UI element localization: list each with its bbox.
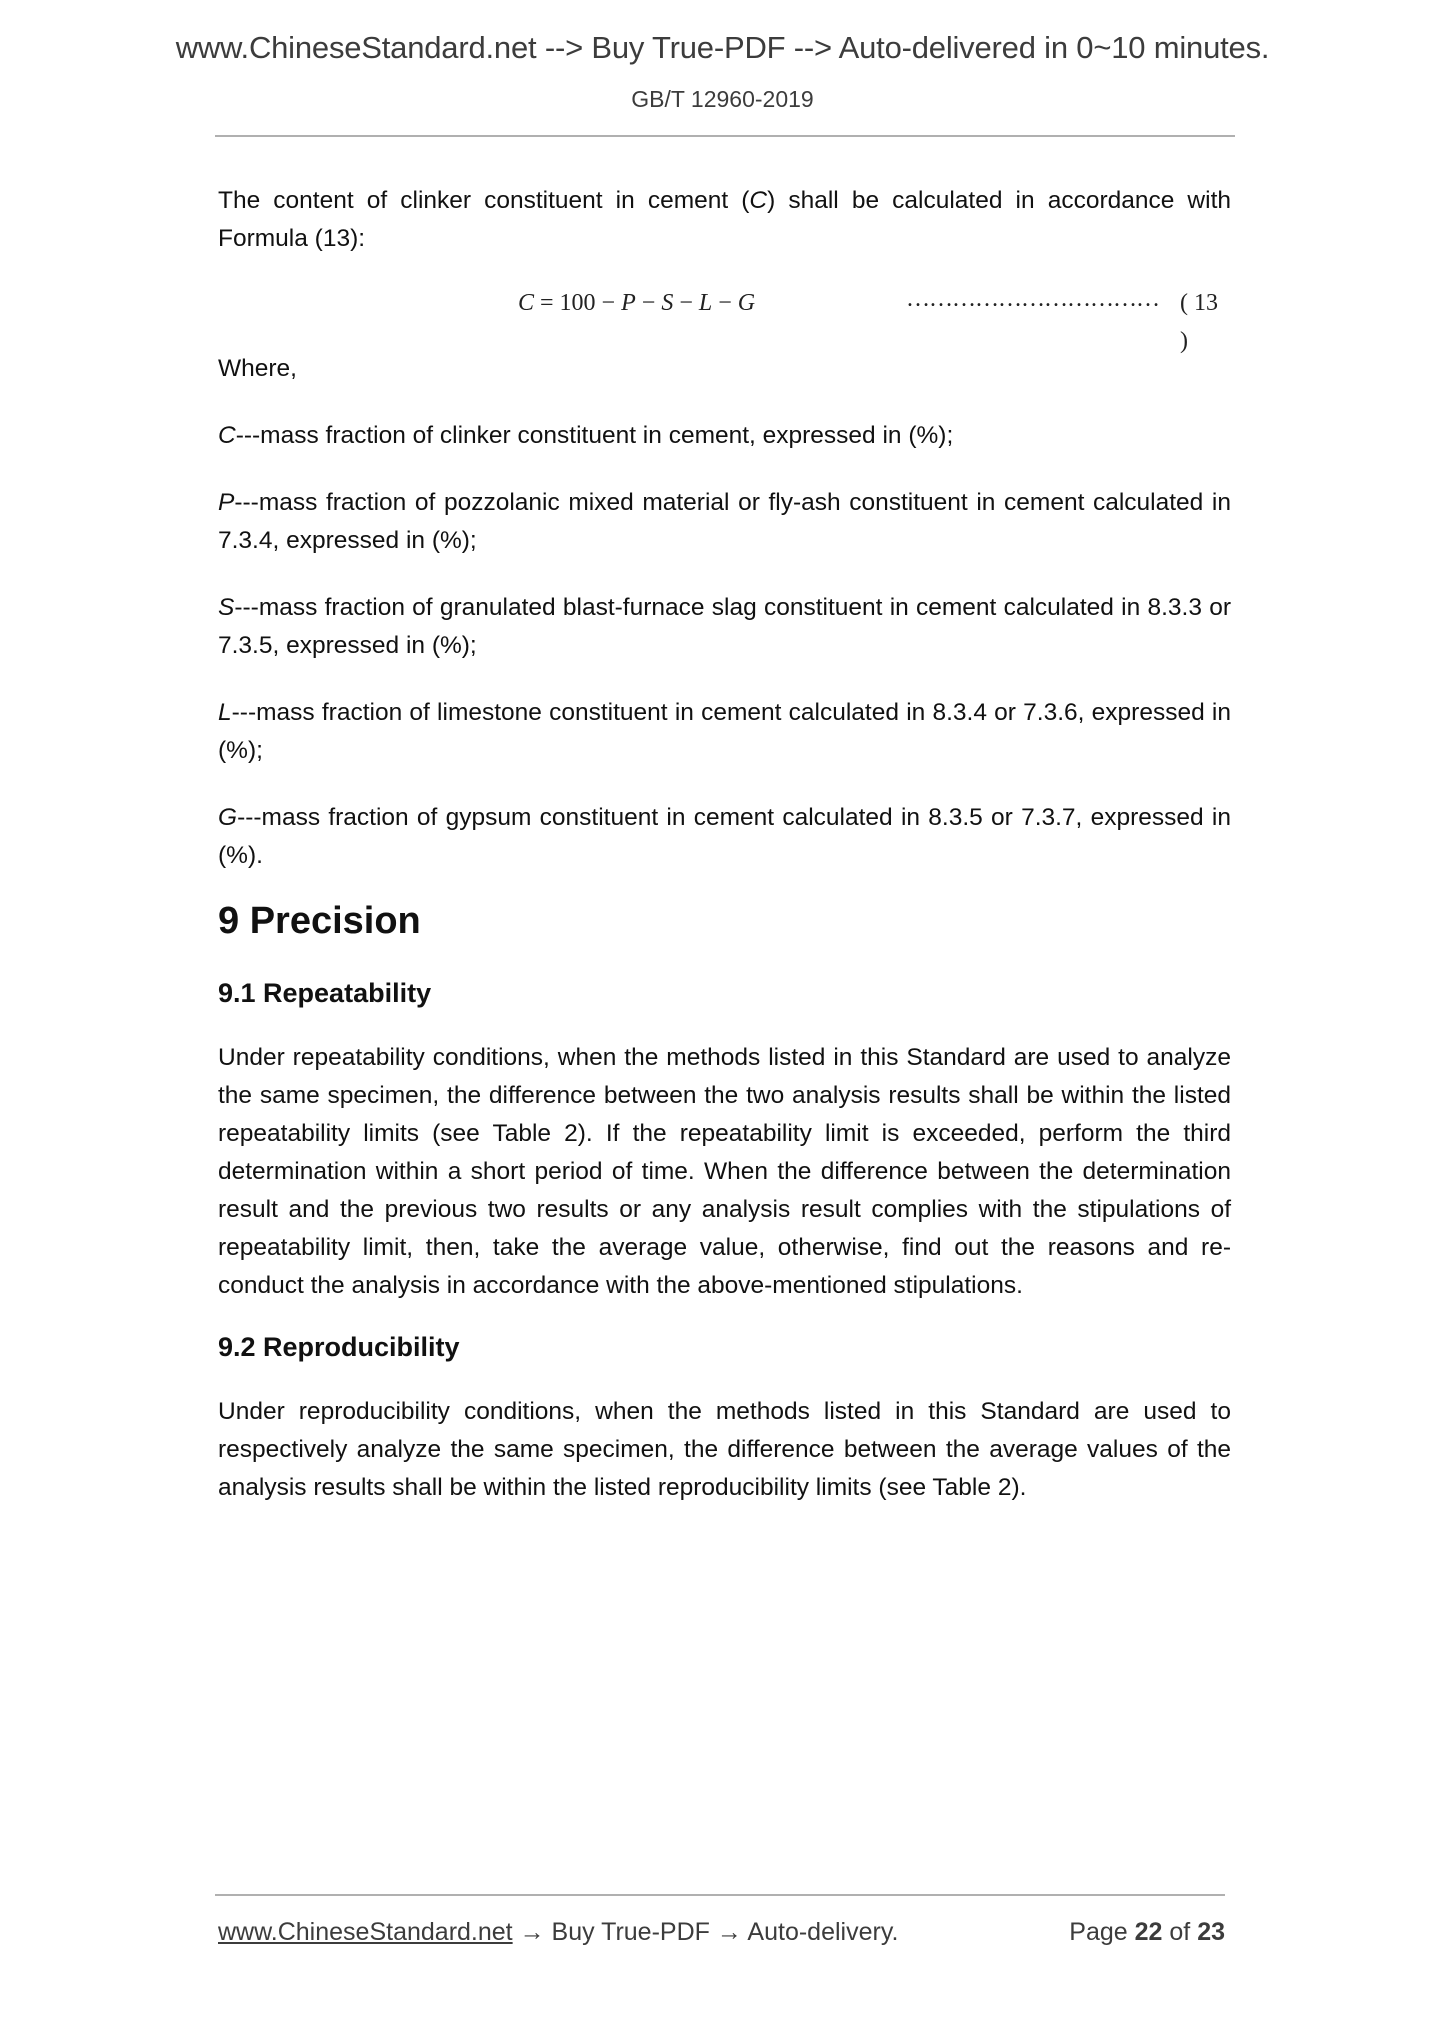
repeatability-paragraph: Under repeatability conditions, when the… xyxy=(218,1039,1231,1305)
formula-lhs: C xyxy=(518,290,534,316)
arrow-right-icon: → xyxy=(710,1918,748,1946)
definition-item: C---mass fraction of clinker constituent… xyxy=(218,417,1231,455)
reproducibility-paragraph: Under reproducibility conditions, when t… xyxy=(218,1393,1231,1507)
formula-13: C = 100 − P − S − L − G …………………………… ( 13… xyxy=(218,278,1231,328)
definition-symbol: S xyxy=(218,594,234,621)
definition-item: L---mass fraction of limestone constitue… xyxy=(218,694,1231,770)
formula-term: G xyxy=(738,290,755,316)
formula-minus: − xyxy=(636,290,662,316)
header-divider xyxy=(215,135,1235,137)
formula-term: P xyxy=(621,290,636,316)
where-label: Where, xyxy=(218,350,1231,388)
formula-minus: − xyxy=(712,290,738,316)
footer-divider xyxy=(215,1894,1225,1896)
footer-buy-text: Buy True-PDF xyxy=(552,1918,710,1946)
intro-symbol: C xyxy=(749,187,767,214)
page-indicator: Page 22 of 23 xyxy=(1069,1918,1225,1947)
arrow-right-icon: → xyxy=(513,1918,552,1946)
formula-minus: − xyxy=(673,290,699,316)
definition-text: ---mass fraction of gypsum constituent i… xyxy=(218,804,1231,869)
formula-term: S xyxy=(661,290,673,316)
definition-text: ---mass fraction of clinker constituent … xyxy=(236,422,954,449)
definition-symbol: C xyxy=(218,422,236,449)
formula-number: ( 13 ) xyxy=(1180,284,1231,360)
footer-delivery-text: Auto-delivery. xyxy=(747,1918,898,1946)
intro-paragraph: The content of clinker constituent in ce… xyxy=(218,182,1231,258)
definition-symbol: P xyxy=(218,489,234,516)
page-total: 23 xyxy=(1197,1918,1225,1946)
page-of: of xyxy=(1169,1918,1190,1946)
formula-leader-dots: …………………………… xyxy=(906,280,1159,318)
definition-text: ---mass fraction of granulated blast-fur… xyxy=(218,594,1231,659)
section-heading: 9 Precision xyxy=(218,891,1231,951)
page-current: 22 xyxy=(1135,1918,1163,1946)
page-content: The content of clinker constituent in ce… xyxy=(218,182,1231,1507)
definition-symbol: L xyxy=(218,699,232,726)
footer-site-link[interactable]: www.ChineseStandard.net xyxy=(218,1918,513,1946)
header-banner: www.ChineseStandard.net --> Buy True-PDF… xyxy=(0,30,1445,66)
formula-term: L xyxy=(699,290,712,316)
standard-code: GB/T 12960-2019 xyxy=(0,86,1445,113)
subsection-heading-reproducibility: 9.2 Reproducibility xyxy=(218,1327,1231,1367)
definition-text: ---mass fraction of limestone constituen… xyxy=(218,699,1231,764)
definition-text: ---mass fraction of pozzolanic mixed mat… xyxy=(218,489,1231,554)
definition-item: P---mass fraction of pozzolanic mixed ma… xyxy=(218,484,1231,560)
page-label: Page xyxy=(1069,1918,1127,1946)
subsection-heading-repeatability: 9.1 Repeatability xyxy=(218,973,1231,1013)
definition-item: S---mass fraction of granulated blast-fu… xyxy=(218,589,1231,665)
formula-expression: C = 100 − P − S − L − G xyxy=(518,284,755,322)
definition-symbol: G xyxy=(218,804,237,831)
footer: www.ChineseStandard.net → Buy True-PDF →… xyxy=(218,1918,1225,1958)
intro-text-before: The content of clinker constituent in ce… xyxy=(218,187,749,214)
formula-equals: = 100 − xyxy=(534,290,621,316)
definition-item: G---mass fraction of gypsum constituent … xyxy=(218,799,1231,875)
